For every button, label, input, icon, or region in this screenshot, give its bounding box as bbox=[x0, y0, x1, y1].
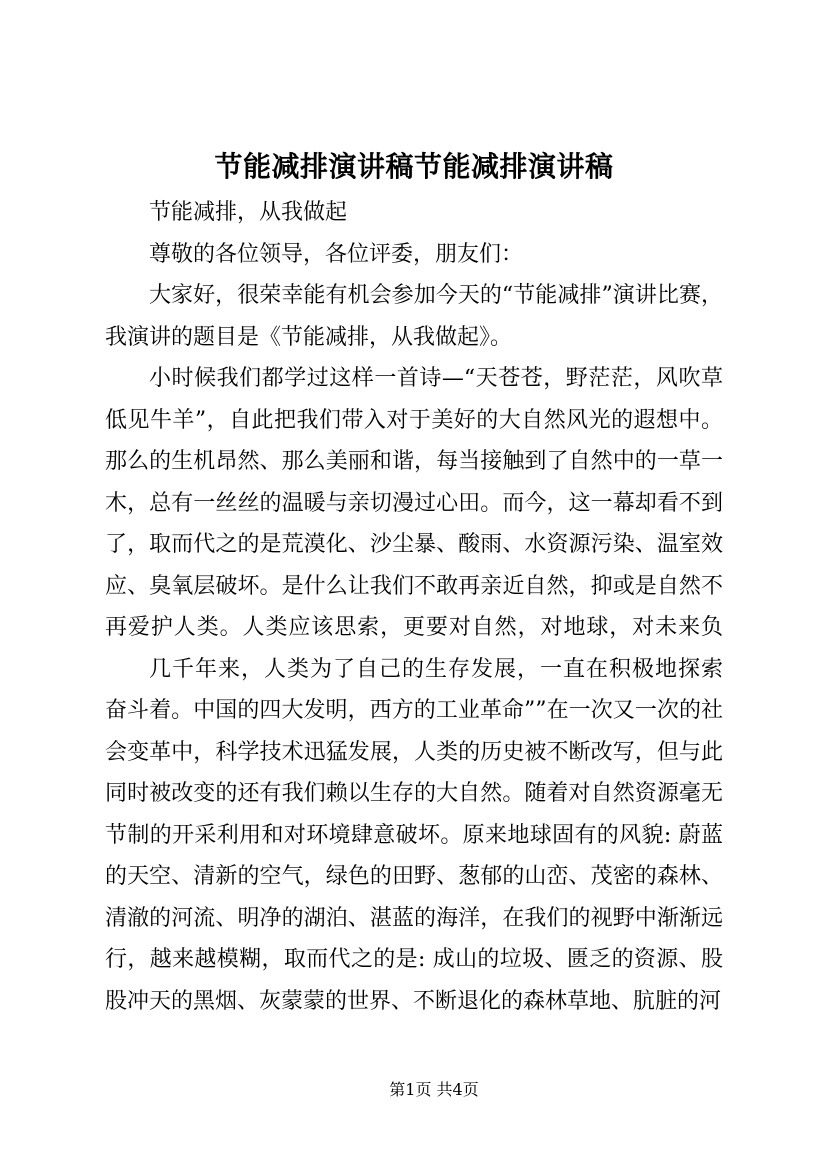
document-title: 节能减排演讲稿节能减排演讲稿 bbox=[105, 142, 723, 192]
paragraph-line: 低见牛羊”，自此把我们带入对于美好的大自然风光的遐想中。 bbox=[105, 400, 723, 442]
paragraph-line: 同时被改变的还有我们赖以生存的大自然。随着对自然资源毫无 bbox=[105, 773, 723, 815]
paragraph-line: 应、臭氧层破坏。是什么让我们不敢再亲近自然，抑或是自然不 bbox=[105, 566, 723, 608]
paragraph-line: 大家好，很荣幸能有机会参加今天的“节能减排”演讲比赛， bbox=[105, 275, 723, 317]
paragraph-line: 木，总有一丝丝的温暖与亲切漫过心田。而今，这一幕却看不到 bbox=[105, 483, 723, 525]
paragraph-line: 我演讲的题目是《节能减排，从我做起》。 bbox=[105, 317, 723, 359]
paragraph-line: 股冲天的黑烟、灰蒙蒙的世界、不断退化的森林草地、肮脏的河 bbox=[105, 981, 723, 1023]
paragraph-line: 尊敬的各位领导，各位评委，朋友们： bbox=[105, 234, 723, 276]
paragraph-line: 行，越来越模糊，取而代之的是: 成山的垃圾、匮乏的资源、股 bbox=[105, 939, 723, 981]
paragraph-line: 节能减排，从我做起 bbox=[105, 192, 723, 234]
document-content: 节能减排演讲稿节能减排演讲稿 节能减排，从我做起尊敬的各位领导，各位评委，朋友们… bbox=[105, 142, 723, 1022]
document-body: 节能减排，从我做起尊敬的各位领导，各位评委，朋友们：大家好，很荣幸能有机会参加今… bbox=[105, 192, 723, 1022]
paragraph-line: 那么的生机昂然、那么美丽和谐，每当接触到了自然中的一草一 bbox=[105, 441, 723, 483]
paragraph-line: 会变革中，科学技术迅猛发展，人类的历史被不断改写，但与此 bbox=[105, 732, 723, 774]
paragraph-line: 奋斗着。中国的四大发明，西方的工业革命””在一次又一次的社 bbox=[105, 690, 723, 732]
paragraph-line: 清澈的河流、明净的湖泊、湛蓝的海洋，在我们的视野中渐渐远 bbox=[105, 898, 723, 940]
paragraph-line: 了，取而代之的是荒漠化、沙尘暴、酸雨、水资源污染、温室效 bbox=[105, 524, 723, 566]
page-footer: 第1页 共4页 bbox=[389, 1080, 478, 1100]
paragraph-line: 节制的开采利用和对环境肆意破坏。原来地球固有的风貌: 蔚蓝 bbox=[105, 815, 723, 857]
paragraph-line: 再爱护人类。人类应该思索，更要对自然，对地球，对未来负责。 bbox=[105, 607, 723, 649]
document-page: 节能减排演讲稿节能减排演讲稿 节能减排，从我做起尊敬的各位领导，各位评委，朋友们… bbox=[0, 0, 827, 1170]
paragraph-line: 的天空、清新的空气，绿色的田野、葱郁的山峦、茂密的森林、 bbox=[105, 856, 723, 898]
paragraph-line: 小时候我们都学过这样一首诗—“天苍苍，野茫茫，风吹草 bbox=[105, 358, 723, 400]
paragraph-line: 几千年来，人类为了自己的生存发展，一直在积极地探索着、 bbox=[105, 649, 723, 691]
page-number-label: 第1页 共4页 bbox=[389, 1080, 478, 1099]
